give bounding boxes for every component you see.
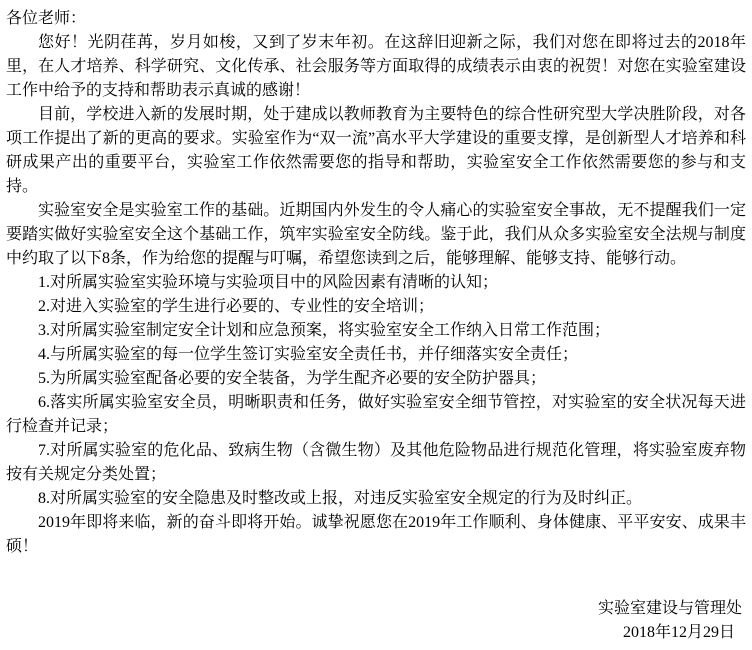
safety-item-4: 4.与所属实验室的每一位学生签订实验室安全责任书，并仔细落实安全责任；: [6, 343, 746, 367]
safety-item-2: 2.对进入实验室的学生进行必要的、专业性的安全培训；: [6, 295, 746, 319]
signature-department: 实验室建设与管理处: [6, 597, 746, 621]
safety-item-5: 5.为所属实验室配备必要的安全装备，为学生配齐必要的安全防护器具；: [6, 367, 746, 391]
safety-items-list: 1.对所属实验室实验环境与实验项目中的风险因素有清晰的认知； 2.对进入实验室的…: [6, 271, 746, 511]
signature-date: 2018年12月29日: [6, 621, 746, 645]
letter-document: 各位老师： 您好！光阴荏苒，岁月如梭，又到了岁末年初。在这辞旧迎新之际，我们对您…: [0, 0, 752, 650]
safety-item-1: 1.对所属实验室实验环境与实验项目中的风险因素有清晰的认知；: [6, 271, 746, 295]
paragraph-school-development: 目前，学校进入新的发展时期，处于建成以教师教育为主要特色的综合性研究型大学决胜阶…: [6, 103, 746, 199]
safety-item-6: 6.落实所属实验室安全员，明晰职责和任务，做好实验室安全细节管控，对实验室的安全…: [6, 391, 746, 439]
paragraph-lab-safety-intro: 实验室安全是实验室工作的基础。近期国内外发生的令人痛心的实验室安全事故，无不提醒…: [6, 199, 746, 271]
salutation: 各位老师：: [6, 7, 746, 31]
safety-item-8: 8.对所属实验室的安全隐患及时整改或上报，对违反实验室安全规定的行为及时纠正。: [6, 487, 746, 511]
paragraph-greeting: 您好！光阴荏苒，岁月如梭，又到了岁末年初。在这辞旧迎新之际，我们对您在即将过去的…: [6, 31, 746, 103]
safety-item-7: 7.对所属实验室的危化品、致病生物（含微生物）及其他危险物品进行规范化管理，将实…: [6, 439, 746, 487]
paragraph-new-year-wishes: 2019年即将来临，新的奋斗即将开始。诚挚祝愿您在2019年工作顺利、身体健康、…: [6, 511, 746, 559]
safety-item-3: 3.对所属实验室制定安全计划和应急预案，将实验室安全工作纳入日常工作范围；: [6, 319, 746, 343]
signature-block: 实验室建设与管理处 2018年12月29日: [6, 597, 746, 645]
